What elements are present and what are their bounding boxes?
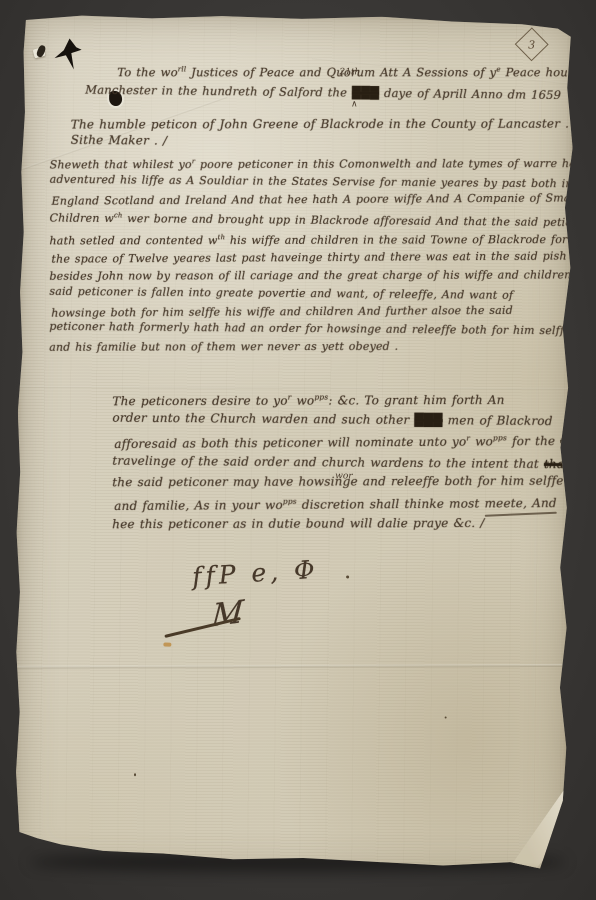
- signature-initials: ffP e, Φ: [191, 555, 319, 591]
- manuscript-text-line: and familie, As in your wopps discretion…: [114, 490, 579, 516]
- interlinear-insertion: wor: [335, 471, 353, 481]
- petition-body-paragraph: Sheweth that whilest yor poore peticoner…: [49, 152, 570, 356]
- ink-speck: [346, 575, 349, 578]
- signature-flourish-letter: M: [210, 594, 244, 635]
- ink-blot: [36, 44, 47, 58]
- caret-mark: ∧: [351, 99, 358, 109]
- interlinear-insertion: 21th: [339, 67, 360, 77]
- manuscript-text-line: afforesaid as both this peticoner will n…: [114, 428, 579, 454]
- petition-title-block: The humble peticon of John Greene of Bla…: [71, 114, 551, 152]
- ink-speck: [445, 716, 447, 718]
- petition-prayer-paragraph: The peticoners desire to yor wopps: &c. …: [112, 387, 577, 534]
- manuscript-text-line: Sithe Maker . /: [71, 131, 551, 154]
- ink-speck: [134, 773, 136, 776]
- folio-number: 3: [528, 38, 535, 51]
- ink-blot: [54, 38, 81, 69]
- manuscript-text-line: Manchester in the hundreth of Salford th…: [85, 79, 577, 105]
- manuscript-page: 3 To the worll Justices of Peace and Quo…: [13, 12, 575, 880]
- pigment-speck: [163, 643, 171, 647]
- manuscript-text-line: and his familie but non of them wer neve…: [49, 337, 569, 356]
- folio-number-diamond: 3: [515, 27, 549, 61]
- horizontal-fold-crease: [15, 664, 568, 669]
- manuscript-text-line: hee this peticoner as in dutie bound wil…: [112, 514, 577, 535]
- heading-block: To the worll Justices of Peace and Quoru…: [117, 58, 577, 103]
- photo-backdrop: 3 To the worll Justices of Peace and Quo…: [0, 0, 596, 900]
- manuscript-text-line: The peticoners desire to yor wopps: &c. …: [112, 387, 577, 412]
